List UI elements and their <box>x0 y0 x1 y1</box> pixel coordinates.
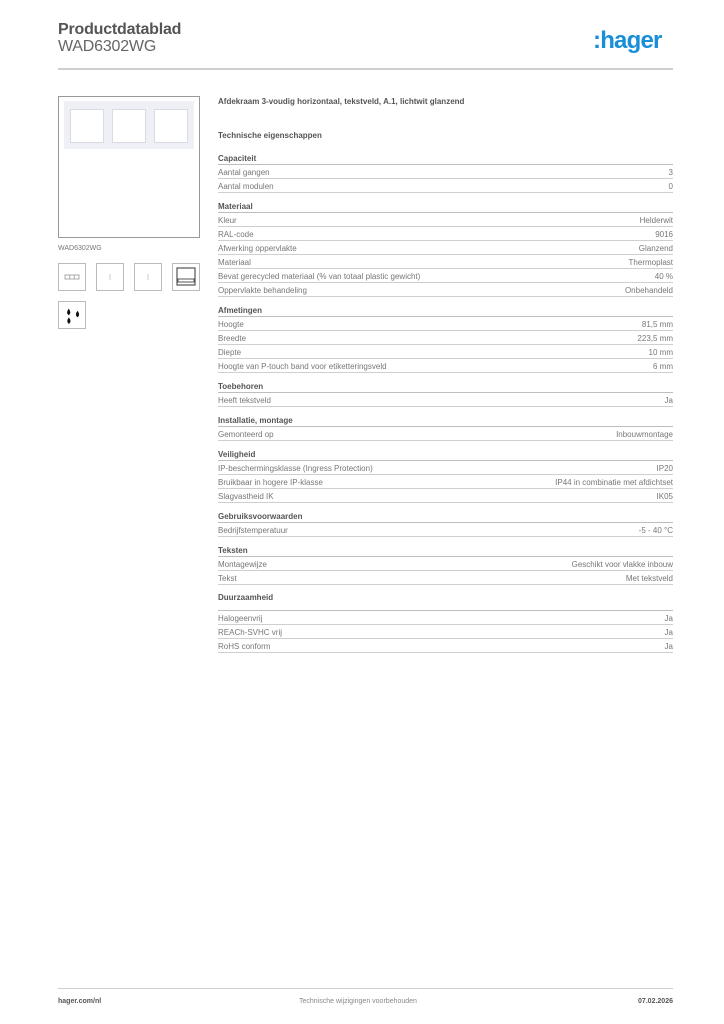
spec-row: Oppervlakte behandelingOnbehandeld <box>218 283 673 297</box>
spec-value: 9016 <box>655 227 673 240</box>
spec-row: MateriaalThermoplast <box>218 255 673 269</box>
spec-section: DuurzaamheidHalogeenvrijJaREACh-SVHC vri… <box>218 591 673 653</box>
spec-value: 0 <box>669 179 673 192</box>
spec-row: Hoogte81,5 mm <box>218 317 673 331</box>
spec-row: Aantal modulen0 <box>218 179 673 193</box>
technical-heading: Technische eigenschappen <box>218 131 322 140</box>
spec-row: Gemonteerd opInbouwmontage <box>218 427 673 441</box>
section-heading: Gebruiksvoorwaarden <box>218 509 673 523</box>
section-heading: Afmetingen <box>218 303 673 317</box>
spec-value: 223,5 mm <box>637 331 673 344</box>
product-code: WAD6302WG <box>58 38 156 56</box>
spec-section: MateriaalKleurHelderwitRAL-code9016Afwer… <box>218 199 673 297</box>
water-drops-icon <box>58 301 86 329</box>
spec-row: Bedrijfstemperatuur-5 - 40 °C <box>218 523 673 537</box>
spec-label: REACh-SVHC vrij <box>218 625 282 638</box>
spec-value: 10 mm <box>649 345 673 358</box>
spec-value: IP44 in combinatie met afdichtset <box>555 475 673 488</box>
spec-section: GebruiksvoorwaardenBedrijfstemperatuur-5… <box>218 509 673 537</box>
spec-row: Breedte223,5 mm <box>218 331 673 345</box>
product-description: Afdekraam 3-voudig horizontaal, tekstvel… <box>218 97 464 106</box>
footer-website-link[interactable]: hager.com/nl <box>58 998 101 1005</box>
spec-row: Aantal gangen3 <box>218 165 673 179</box>
section-heading: Materiaal <box>218 199 673 213</box>
spec-label: RAL-code <box>218 227 254 240</box>
spec-label: Diepte <box>218 345 241 358</box>
spec-table: CapaciteitAantal gangen3Aantal modulen0M… <box>218 151 673 659</box>
hager-logo: :hager <box>593 27 662 55</box>
frame-3-gang-icon <box>58 263 86 291</box>
spec-value: 40 % <box>655 269 673 282</box>
product-image <box>58 96 200 238</box>
spec-row: Heeft tekstveldJa <box>218 393 673 407</box>
image-caption: WAD6302WG <box>58 245 102 252</box>
spec-label: Heeft tekstveld <box>218 393 271 406</box>
spec-value: Met tekstveld <box>626 571 673 584</box>
spec-section: VeiligheidIP-beschermingsklasse (Ingress… <box>218 447 673 503</box>
spec-value: Glanzend <box>639 241 673 254</box>
spec-label: Aantal gangen <box>218 165 270 178</box>
spec-row: Hoogte van P-touch band voor etiketterin… <box>218 359 673 373</box>
spec-label: Halogeenvrij <box>218 611 262 624</box>
spec-label: Materiaal <box>218 255 251 268</box>
spec-section: ToebehorenHeeft tekstveldJa <box>218 379 673 407</box>
page-title: Productdatablad <box>58 21 181 39</box>
footer-disclaimer: Technische wijzigingen voorbehouden <box>299 998 417 1005</box>
spec-label: Tekst <box>218 571 237 584</box>
spec-value: Ja <box>665 611 673 624</box>
spec-row: Diepte10 mm <box>218 345 673 359</box>
spec-label: Kleur <box>218 213 237 226</box>
spec-value: Ja <box>665 639 673 652</box>
spec-row: RAL-code9016 <box>218 227 673 241</box>
header-divider <box>58 68 673 70</box>
spec-value: 81,5 mm <box>642 317 673 330</box>
spec-section: Installatie, montageGemonteerd opInbouwm… <box>218 413 673 441</box>
spec-label: Montagewijze <box>218 557 267 570</box>
spec-value: Geschikt voor vlakke inbouw <box>572 557 673 570</box>
spec-row: MontagewijzeGeschikt voor vlakke inbouw <box>218 557 673 571</box>
label-field-icon <box>172 263 200 291</box>
spec-value: Thermoplast <box>629 255 673 268</box>
side-view-icon <box>134 263 162 291</box>
spec-label: Gemonteerd op <box>218 427 274 440</box>
side-view-icon <box>96 263 124 291</box>
spec-value: Onbehandeld <box>625 283 673 296</box>
spec-section: CapaciteitAantal gangen3Aantal modulen0 <box>218 151 673 193</box>
spec-row: TekstMet tekstveld <box>218 571 673 585</box>
section-heading: Veiligheid <box>218 447 673 461</box>
footer-date: 07.02.2026 <box>638 998 673 1005</box>
spec-value: Inbouwmontage <box>616 427 673 440</box>
spec-value: -5 - 40 °C <box>639 523 673 536</box>
spec-label: Hoogte van P-touch band voor etiketterin… <box>218 359 387 372</box>
spec-label: Bevat gerecycled materiaal (% van totaal… <box>218 269 420 282</box>
spec-value: Ja <box>665 625 673 638</box>
spec-label: Aantal modulen <box>218 179 274 192</box>
spec-row: IP-beschermingsklasse (Ingress Protectio… <box>218 461 673 475</box>
section-heading: Duurzaamheid <box>218 591 673 611</box>
spec-section: AfmetingenHoogte81,5 mmBreedte223,5 mmDi… <box>218 303 673 373</box>
spec-label: Slagvastheid IK <box>218 489 274 502</box>
spec-row: HalogeenvrijJa <box>218 611 673 625</box>
spec-row: KleurHelderwit <box>218 213 673 227</box>
section-heading: Installatie, montage <box>218 413 673 427</box>
spec-value: IP20 <box>657 461 673 474</box>
spec-label: Afwerking oppervlakte <box>218 241 297 254</box>
spec-row: RoHS conformJa <box>218 639 673 653</box>
spec-label: Oppervlakte behandeling <box>218 283 307 296</box>
spec-label: IP-beschermingsklasse (Ingress Protectio… <box>218 461 373 474</box>
section-heading: Teksten <box>218 543 673 557</box>
spec-label: Breedte <box>218 331 246 344</box>
spec-row: Slagvastheid IKIK05 <box>218 489 673 503</box>
spec-value: Ja <box>665 393 673 406</box>
spec-label: RoHS conform <box>218 639 270 652</box>
footer-divider <box>58 988 673 989</box>
section-heading: Capaciteit <box>218 151 673 165</box>
spec-section: TekstenMontagewijzeGeschikt voor vlakke … <box>218 543 673 585</box>
spec-value: IK05 <box>657 489 673 502</box>
spec-value: 3 <box>669 165 673 178</box>
section-heading: Toebehoren <box>218 379 673 393</box>
spec-label: Hoogte <box>218 317 244 330</box>
spec-row: Bevat gerecycled materiaal (% van totaal… <box>218 269 673 283</box>
frame-graphic <box>64 101 194 149</box>
spec-value: Helderwit <box>640 213 673 226</box>
spec-row: Afwerking oppervlakteGlanzend <box>218 241 673 255</box>
spec-label: Bruikbaar in hogere IP-klasse <box>218 475 323 488</box>
spec-label: Bedrijfstemperatuur <box>218 523 288 536</box>
spec-row: Bruikbaar in hogere IP-klasseIP44 in com… <box>218 475 673 489</box>
spec-value: 6 mm <box>653 359 673 372</box>
spec-row: REACh-SVHC vrijJa <box>218 625 673 639</box>
